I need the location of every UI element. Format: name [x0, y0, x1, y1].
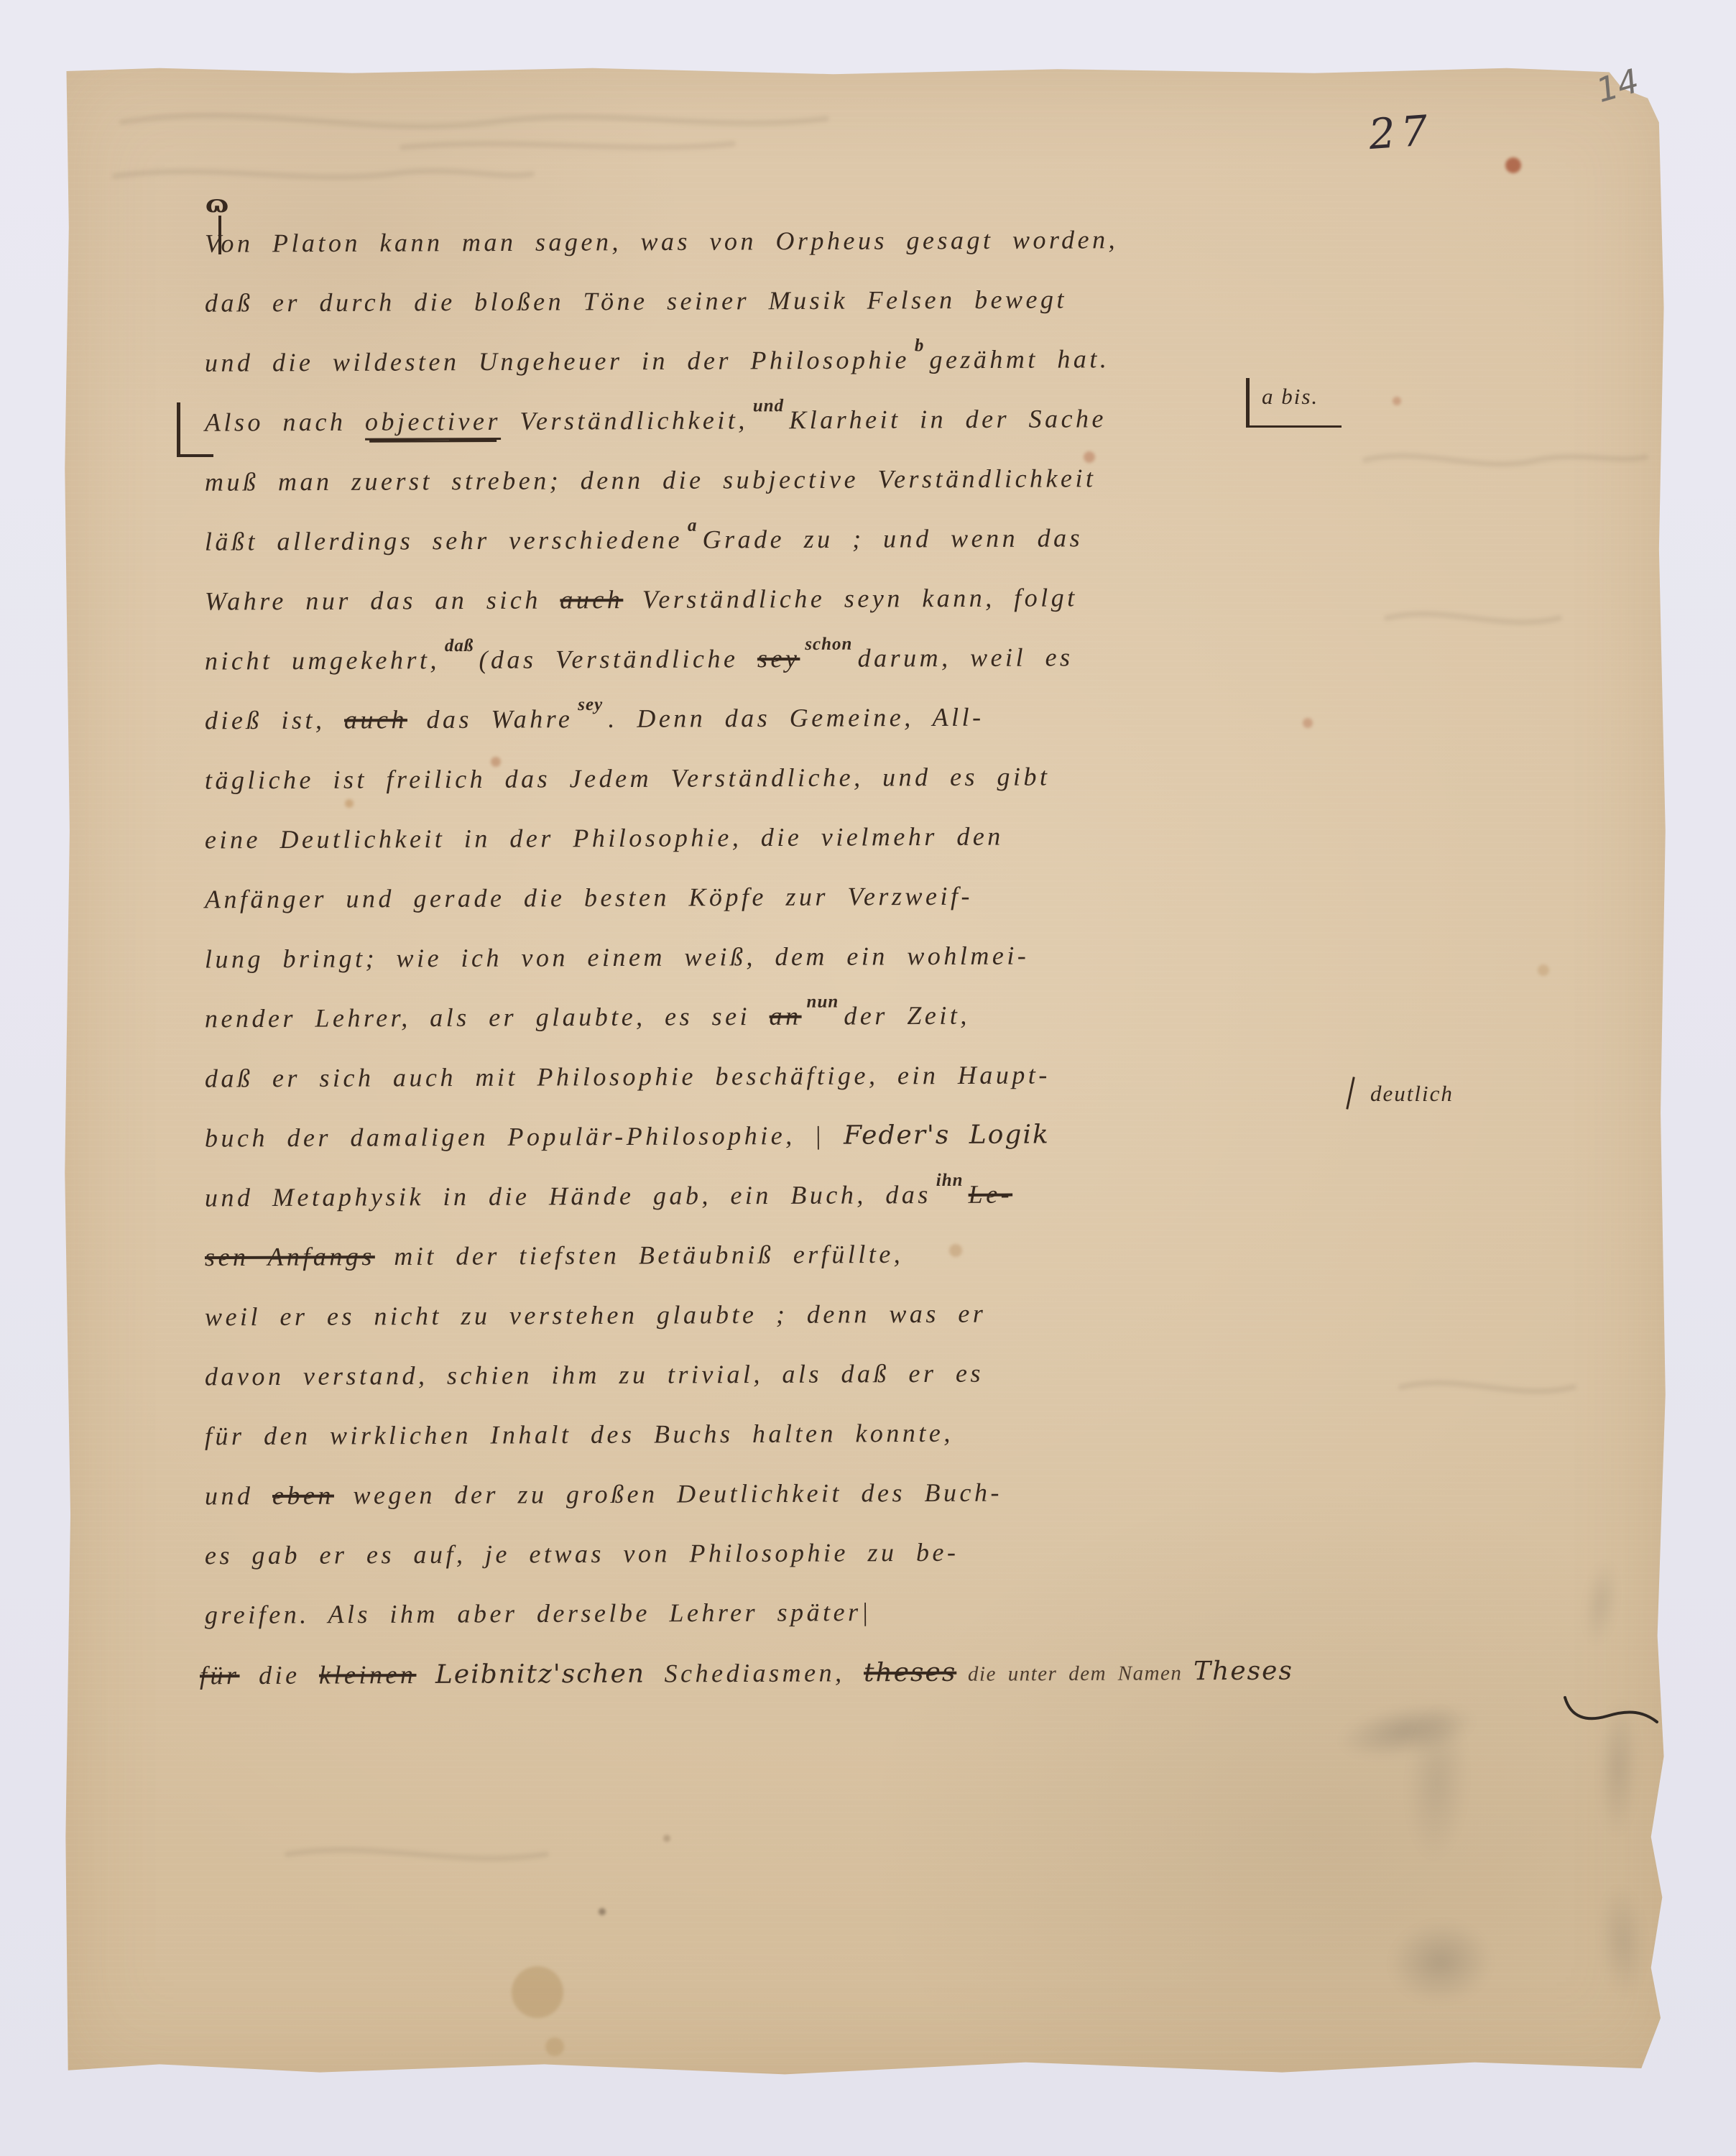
text-segment: und Metaphysik in die Hände gab, ein Buc…	[205, 1180, 931, 1212]
text-segment: a	[688, 516, 698, 535]
text-segment: (das Verständliche	[479, 644, 757, 674]
text-segment: und die wildesten Ungeheuer in der Philo…	[205, 345, 910, 377]
text-segment: daß er sich auch mit Philosophie beschäf…	[205, 1060, 1051, 1092]
stain	[1303, 718, 1313, 728]
text-segment: die unter dem Namen	[956, 1662, 1193, 1685]
manuscript-line: es gab er es auf, je etwas von Philosoph…	[205, 1537, 959, 1571]
text-segment: Leibnitz'schen	[435, 1659, 645, 1690]
stain	[1084, 451, 1095, 463]
text-segment: b	[915, 336, 925, 355]
manuscript-line: davon verstand, schien ihm zu trivial, a…	[205, 1358, 984, 1392]
margin-note-text: a bis.	[1262, 384, 1319, 409]
text-segment	[416, 1660, 435, 1689]
text-segment: buch der damaligen Populär-Philosophie, …	[205, 1121, 844, 1153]
text-segment: sey	[757, 644, 800, 673]
text-segment: und	[753, 396, 784, 415]
stain	[491, 757, 501, 767]
manuscript-line: für die kleinen Leibnitz'schen Schediasm…	[200, 1656, 1293, 1691]
text-segment: läßt allerdings sehr verschiedene	[205, 525, 683, 556]
text-segment: daß	[445, 636, 474, 655]
text-segment: greifen. Als ihm aber derselbe Lehrer sp…	[205, 1598, 872, 1629]
text-segment: Klarheit in der Sache	[789, 404, 1107, 434]
text-segment: ihn	[936, 1171, 964, 1190]
margin-note: deutlich	[1349, 1077, 1454, 1110]
text-segment: für	[200, 1661, 240, 1690]
text-segment: es gab er es auf, je etwas von Philosoph…	[205, 1538, 959, 1570]
insertion-stroke	[218, 216, 221, 254]
stain	[1393, 397, 1401, 405]
manuscript-line: tägliche ist freilich das Jedem Verständ…	[205, 761, 1051, 795]
stain	[1538, 964, 1549, 976]
text-segment: dieß ist,	[205, 706, 344, 735]
manuscript-line: daß er sich auch mit Philosophie beschäf…	[205, 1059, 1051, 1093]
manuscript-line: sen Anfangs mit der tiefsten Betäubniß e…	[205, 1239, 903, 1272]
text-segment: und	[205, 1481, 272, 1510]
manuscript-line: Also nach objectiver Verständlichkeit,un…	[205, 403, 1107, 437]
text-segment: sey	[578, 695, 603, 714]
manuscript-line: Anfänger und gerade die besten Köpfe zur…	[205, 881, 973, 915]
insertion-sigil: ɷ	[206, 190, 228, 218]
manuscript-line: nender Lehrer, als er glaubte, es sei an…	[205, 1000, 970, 1034]
text-segment: Grade zu ; und wenn das	[702, 523, 1083, 553]
stain	[545, 2037, 564, 2056]
text-segment: theses	[864, 1658, 956, 1688]
text-segment: an	[770, 1002, 802, 1031]
text-segment: Le-	[969, 1180, 1013, 1209]
stain	[949, 1244, 962, 1257]
manuscript-line: und die wildesten Ungeheuer in der Philo…	[205, 344, 1110, 377]
text-segment: die	[239, 1661, 319, 1690]
text-segment: der Zeit,	[844, 1001, 970, 1031]
text-segment: Von Platon kann man sagen, was von Orphe…	[205, 225, 1118, 258]
stain	[1505, 157, 1521, 173]
text-segment: lung bringt; wie ich von einem weiß, dem…	[205, 941, 1030, 973]
text-segment: nun	[806, 992, 839, 1011]
manuscript-line: greifen. Als ihm aber derselbe Lehrer sp…	[205, 1597, 872, 1630]
text-segment: wegen der zu großen Deutlichkeit des Buc…	[334, 1478, 1002, 1510]
text-segment: darum, weil es	[857, 642, 1073, 672]
text-segment: muß man zuerst streben; denn die subject…	[205, 464, 1096, 496]
text-segment: objectiver	[365, 407, 501, 441]
scan-background: 27 14 Von Platon kann man sagen, was von…	[0, 0, 1736, 2156]
manuscript-line: nicht umgekehrt,daß(das Verständliche se…	[205, 642, 1074, 676]
text-segment: für den wirklichen Inhalt des Buchs halt…	[205, 1419, 954, 1451]
text-segment: Anfänger und gerade die besten Köpfe zur…	[205, 882, 973, 914]
margin-note-text: deutlich	[1370, 1081, 1454, 1106]
text-segment: daß er durch die bloßen Töne seiner Musi…	[205, 285, 1067, 317]
text-segment: eine Deutlichkeit in der Philosophie, di…	[205, 822, 1004, 854]
text-segment: Wahre nur das an sich	[205, 585, 560, 615]
text-segment: Also nach	[205, 407, 365, 437]
page-number-ink: 27	[1367, 106, 1435, 159]
text-segment: nender Lehrer, als er glaubte, es sei	[205, 1002, 770, 1033]
manuscript-line: daß er durch die bloßen Töne seiner Musi…	[205, 284, 1067, 318]
text-segment: davon verstand, schien ihm zu trivial, a…	[205, 1359, 984, 1391]
manuscript-line: Wahre nur das an sich auch Verständliche…	[205, 582, 1078, 616]
text-segment: auch	[344, 705, 407, 734]
text-segment: weil er es nicht zu verstehen glaubte ; …	[205, 1299, 987, 1332]
paragraph-bracket-left	[177, 402, 213, 457]
text-segment: Feder's Logik	[844, 1120, 1050, 1150]
manuscript-line: Von Platon kann man sagen, was von Orphe…	[205, 224, 1118, 259]
manuscript-line: läßt allerdings sehr verschiedeneaGrade …	[205, 522, 1083, 556]
manuscript-line: muß man zuerst streben; denn die subject…	[205, 463, 1096, 497]
manuscript-line: und eben wegen der zu großen Deutlichkei…	[205, 1478, 1002, 1511]
text-segment: Theses	[1193, 1657, 1293, 1687]
manuscript-line: weil er es nicht zu verstehen glaubte ; …	[205, 1299, 987, 1332]
margin-note: a bis.	[1252, 384, 1319, 410]
text-segment: das Wahre	[407, 704, 573, 734]
manuscript-line: für den wirklichen Inhalt des Buchs halt…	[205, 1418, 954, 1452]
text-segment: . Denn das Gemeine, All-	[608, 703, 984, 733]
stain	[599, 1908, 606, 1915]
manuscript-line: eine Deutlichkeit in der Philosophie, di…	[205, 821, 1004, 855]
text-segment: eben	[272, 1481, 334, 1510]
text-segment: sen Anfangs	[205, 1242, 375, 1271]
text-segment: tägliche ist freilich das Jedem Verständ…	[205, 762, 1051, 794]
manuscript-line: dieß ist, auch das Wahresey. Denn das Ge…	[205, 702, 984, 736]
stain	[663, 1835, 670, 1842]
stain	[345, 799, 354, 808]
manuscript-line: und Metaphysik in die Hände gab, ein Buc…	[205, 1179, 1012, 1213]
text-segment: Verständliche seyn kann, folgt	[623, 583, 1078, 614]
stain	[512, 1966, 563, 2018]
ink-flourish	[1561, 1693, 1661, 1729]
text-segment: nicht umgekehrt,	[205, 645, 440, 675]
text-segment: Schediasmen,	[645, 1658, 864, 1687]
text-segment: auch	[560, 585, 623, 614]
text-segment: kleinen	[319, 1660, 417, 1690]
text-segment: mit der tiefsten Betäubniß erfüllte,	[375, 1240, 904, 1271]
text-segment: gezähmt hat.	[929, 344, 1109, 374]
manuscript-line: lung bringt; wie ich von einem weiß, dem…	[205, 940, 1030, 974]
manuscript-line: buch der damaligen Populär-Philosophie, …	[205, 1119, 1050, 1153]
text-segment: Verständlichkeit,	[501, 405, 748, 436]
text-segment: schon	[805, 635, 852, 654]
